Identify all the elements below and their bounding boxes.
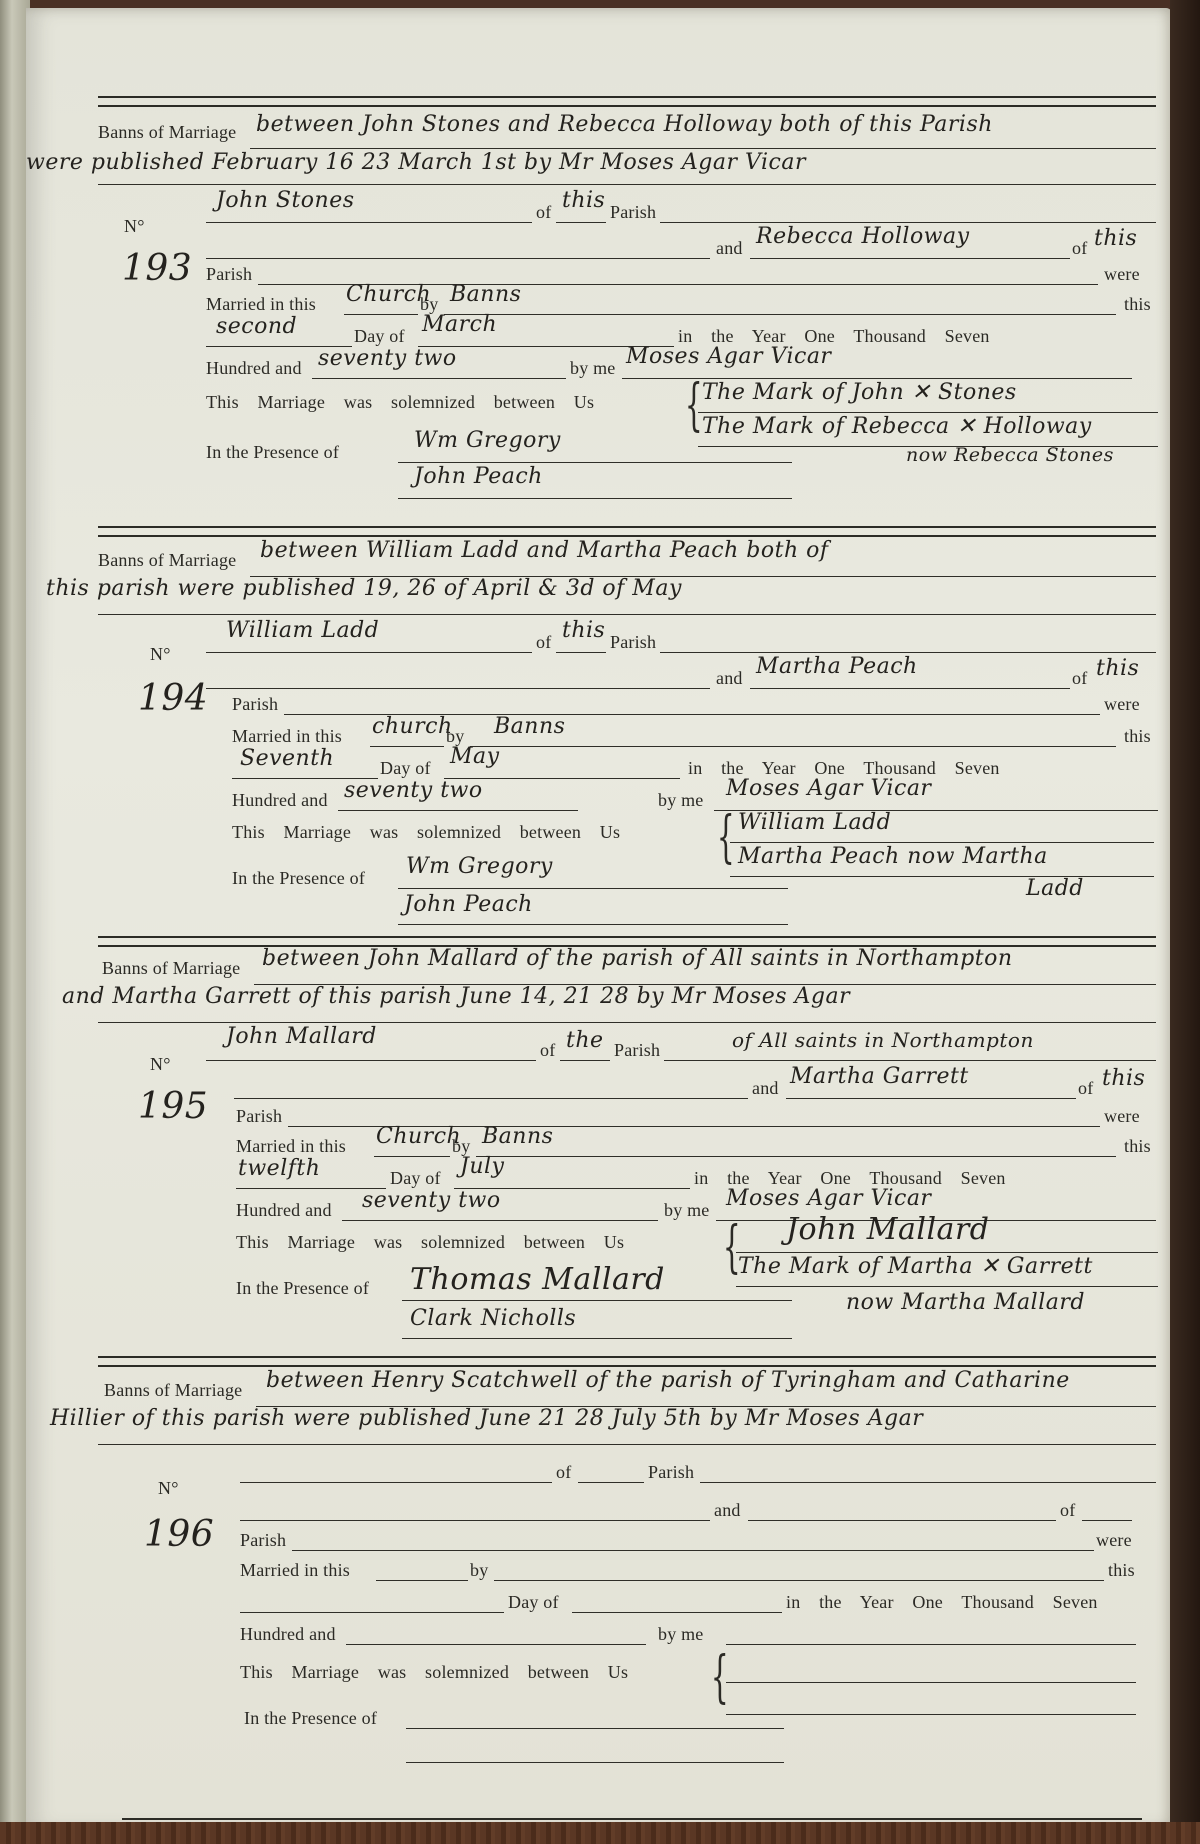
witness-line-2 — [406, 1762, 784, 1763]
bride-line — [748, 1520, 1056, 1521]
method-line — [494, 1580, 1104, 1581]
witness-1: Wm Gregory — [406, 854, 553, 879]
witness-2: John Peach — [404, 892, 533, 917]
day-of-label: Day of — [380, 758, 431, 779]
bride-parish: this — [1096, 656, 1139, 681]
parish-label: Parish — [240, 1530, 286, 1551]
solemnized-label: This Marriage was solemnized between Us — [206, 392, 594, 413]
number-label: N° — [158, 1478, 179, 1499]
signature-2: The Mark of Martha ✕ Garrett — [738, 1254, 1093, 1279]
banns-line-1 — [250, 148, 1156, 149]
year-words-line — [338, 810, 578, 811]
entry-divider — [98, 96, 1156, 107]
method-line — [476, 1156, 1116, 1157]
method: Banns — [482, 1124, 553, 1149]
this-label: this — [1124, 726, 1151, 747]
year-words: seventy two — [362, 1188, 501, 1213]
entry-divider — [98, 526, 1156, 537]
place: Church — [376, 1124, 461, 1149]
of-label: of — [1072, 238, 1087, 259]
groom-parish-extra-line — [660, 652, 1156, 653]
witness-line-2 — [402, 1338, 792, 1339]
parish-label: Parish — [610, 202, 656, 223]
presence-label: In the Presence of — [206, 442, 339, 463]
place-line — [370, 746, 444, 747]
signature-2: Martha Peach now Martha — [738, 844, 1048, 869]
signature-1: The Mark of John ✕ Stones — [702, 380, 1017, 405]
banns-label: Banns of Marriage — [98, 550, 236, 571]
bride-line — [750, 688, 1070, 689]
parish-label: Parish — [648, 1462, 694, 1483]
by-me-label: by me — [570, 358, 616, 379]
blank-line — [206, 258, 710, 259]
banns-text-2: and Martha Garrett of this parish June 1… — [62, 984, 850, 1009]
were-label: were — [1096, 1530, 1132, 1551]
method: Banns — [450, 282, 521, 307]
witness-line-1 — [398, 462, 792, 463]
year-words-line — [342, 1220, 658, 1221]
day-of-label: Day of — [508, 1592, 559, 1613]
banns-text-2: Hillier of this parish were published Ju… — [50, 1406, 923, 1431]
officiant: Moses Agar Vicar — [726, 776, 931, 801]
bride-parish: this — [1102, 1066, 1145, 1091]
signature-note: now Martha Mallard — [846, 1290, 1085, 1315]
and-label: and — [716, 668, 743, 689]
of-label: of — [1072, 668, 1087, 689]
were-label: were — [1104, 264, 1140, 285]
banns-line-2 — [98, 1022, 1156, 1023]
officiant-line — [726, 1644, 1136, 1645]
witness-2: Clark Nicholls — [410, 1306, 576, 1331]
day: second — [216, 314, 297, 339]
solemnized-label: This Marriage was solemnized between Us — [240, 1662, 628, 1683]
signature-1: John Mallard — [786, 1212, 990, 1247]
banns-line-2 — [98, 1444, 1156, 1445]
officiant: Moses Agar Vicar — [726, 1186, 931, 1211]
groom-line — [206, 222, 532, 223]
hundred-label: Hundred and — [236, 1200, 332, 1221]
signature-line-2 — [730, 876, 1154, 877]
signature-line-1 — [730, 842, 1154, 843]
banns-label: Banns of Marriage — [102, 958, 240, 979]
method-line — [444, 314, 1116, 315]
witness-1: Thomas Mallard — [410, 1262, 665, 1297]
number-label: N° — [124, 216, 145, 237]
place: church — [372, 714, 453, 739]
blank-line — [234, 1098, 748, 1099]
by-label: by — [470, 1560, 488, 1581]
banns-line-2 — [98, 184, 1156, 185]
wooden-surface — [0, 1822, 1200, 1844]
entry-number: 195 — [138, 1086, 208, 1127]
signature-2: The Mark of Rebecca ✕ Holloway — [702, 414, 1092, 439]
signature-line-1 — [726, 1682, 1136, 1683]
year-label: in the Year One Thousand Seven — [786, 1592, 1098, 1613]
were-label: were — [1104, 694, 1140, 715]
officiant: Moses Agar Vicar — [626, 344, 831, 369]
this-label: this — [1108, 1560, 1135, 1581]
banns-text-1: between William Ladd and Martha Peach bo… — [260, 538, 829, 563]
banns-text-1: between John Mallard of the parish of Al… — [262, 946, 1013, 971]
witness-line-2 — [398, 924, 788, 925]
hundred-label: Hundred and — [232, 790, 328, 811]
blank-line — [206, 688, 710, 689]
bride-line — [750, 258, 1070, 259]
banns-text-2: this parish were published 19, 26 of Apr… — [46, 576, 682, 601]
and-label: and — [714, 1500, 741, 1521]
solemnized-label: This Marriage was solemnized between Us — [232, 822, 620, 843]
groom-name: John Stones — [216, 188, 355, 213]
hundred-label: Hundred and — [206, 358, 302, 379]
groom-parish: this — [562, 188, 605, 213]
groom-parish-extra-line — [700, 1482, 1156, 1483]
year-words-line — [312, 378, 566, 379]
witness-line-1 — [402, 1300, 792, 1301]
groom-parish-line — [556, 222, 606, 223]
signature-1: William Ladd — [738, 810, 891, 835]
day-of-label: Day of — [354, 326, 405, 347]
married-label: Married in this — [236, 1136, 346, 1157]
witness-line-1 — [398, 888, 788, 889]
witness-1: Wm Gregory — [414, 428, 561, 453]
day-line — [240, 1612, 504, 1613]
married-label: Married in this — [232, 726, 342, 747]
place-line — [376, 1580, 468, 1581]
of-label: of — [540, 1040, 555, 1061]
married-label: Married in this — [206, 294, 316, 315]
brace: { — [717, 810, 735, 866]
bride-name: Martha Peach — [756, 654, 918, 679]
married-label: Married in this — [240, 1560, 350, 1581]
book-cover-edge — [1170, 0, 1200, 1844]
groom-line — [206, 652, 532, 653]
method: Banns — [494, 714, 565, 739]
place: Church — [346, 282, 431, 307]
year-words: seventy two — [344, 778, 483, 803]
brace: { — [711, 1650, 729, 1706]
parish-label: Parish — [236, 1106, 282, 1127]
groom-parish-line — [556, 652, 606, 653]
bride-parish-line — [1082, 1520, 1132, 1521]
groom-parish-extra-line — [664, 1060, 1156, 1061]
by-me-label: by me — [658, 1624, 704, 1645]
banns-text-1: between John Stones and Rebecca Holloway… — [256, 112, 993, 137]
day: Seventh — [240, 746, 334, 771]
this-label: this — [1124, 1136, 1151, 1157]
month-line — [572, 1612, 782, 1613]
solemnized-label: This Marriage was solemnized between Us — [236, 1232, 624, 1253]
groom-parish-extra-line — [660, 222, 1156, 223]
of-label: of — [556, 1462, 571, 1483]
bride-name: Rebecca Holloway — [756, 224, 970, 249]
signature-line-2 — [736, 1286, 1158, 1287]
parish-label: Parish — [206, 264, 252, 285]
bride-line — [786, 1098, 1076, 1099]
method-line — [470, 746, 1116, 747]
signature-line-1 — [698, 412, 1158, 413]
parish-label: Parish — [614, 1040, 660, 1061]
and-label: and — [716, 238, 743, 259]
number-label: N° — [150, 1054, 171, 1075]
day: twelfth — [238, 1156, 320, 1181]
of-label: of — [536, 632, 551, 653]
groom-name: William Ladd — [226, 618, 379, 643]
signature-line-1 — [736, 1252, 1158, 1253]
groom-parish-line — [578, 1482, 644, 1483]
groom-parish: this — [562, 618, 605, 643]
blank-line — [240, 1520, 710, 1521]
banns-text-2: were published February 16 23 March 1st … — [26, 150, 806, 175]
register-page: Banns of Marriage between John Stones an… — [26, 8, 1172, 1830]
parish-label: Parish — [232, 694, 278, 715]
this-label: this — [1124, 294, 1151, 315]
by-me-label: by me — [658, 790, 704, 811]
bride-parish: this — [1094, 226, 1137, 251]
of-label: of — [536, 202, 551, 223]
presence-label: In the Presence of — [244, 1708, 377, 1729]
day-of-label: Day of — [390, 1168, 441, 1189]
groom-parish-extra: of All saints in Northampton — [732, 1028, 1034, 1052]
place-line — [374, 1156, 450, 1157]
brace: { — [685, 378, 703, 434]
witness-line-2 — [398, 498, 792, 499]
parish-line — [292, 1550, 1094, 1551]
groom-name: John Mallard — [226, 1024, 377, 1049]
signature-line-2 — [726, 1714, 1136, 1715]
were-label: were — [1104, 1106, 1140, 1127]
month: July — [460, 1154, 504, 1179]
number-label: N° — [150, 644, 171, 665]
entry-divider — [98, 1356, 1156, 1367]
groom-line — [206, 1060, 536, 1061]
entry-number: 194 — [138, 678, 208, 719]
year-words-line — [346, 1644, 646, 1645]
signature-note: now Rebecca Stones — [906, 444, 1114, 466]
presence-label: In the Presence of — [232, 868, 365, 889]
signature-note: Ladd — [1026, 876, 1084, 901]
month: March — [422, 312, 497, 337]
entry-number: 196 — [144, 1514, 214, 1555]
banns-line-2 — [98, 614, 1156, 615]
of-label: of — [1078, 1078, 1093, 1099]
place-line — [344, 314, 418, 315]
banns-label: Banns of Marriage — [104, 1380, 242, 1401]
and-label: and — [752, 1078, 779, 1099]
banns-text-1: between Henry Scatchwell of the parish o… — [266, 1368, 1070, 1393]
entry-number: 193 — [122, 248, 192, 289]
banns-label: Banns of Marriage — [98, 122, 236, 143]
witness-line-1 — [406, 1728, 784, 1729]
groom-parish-line — [560, 1060, 610, 1061]
groom-line — [240, 1482, 552, 1483]
of-label: of — [1060, 1500, 1075, 1521]
bride-name: Martha Garrett — [790, 1064, 969, 1089]
groom-parish: the — [566, 1028, 604, 1053]
month: May — [450, 744, 500, 769]
year-words: seventy two — [318, 346, 457, 371]
by-me-label: by me — [664, 1200, 710, 1221]
witness-2: John Peach — [414, 464, 543, 489]
parish-label: Parish — [610, 632, 656, 653]
presence-label: In the Presence of — [236, 1278, 369, 1299]
hundred-label: Hundred and — [240, 1624, 336, 1645]
